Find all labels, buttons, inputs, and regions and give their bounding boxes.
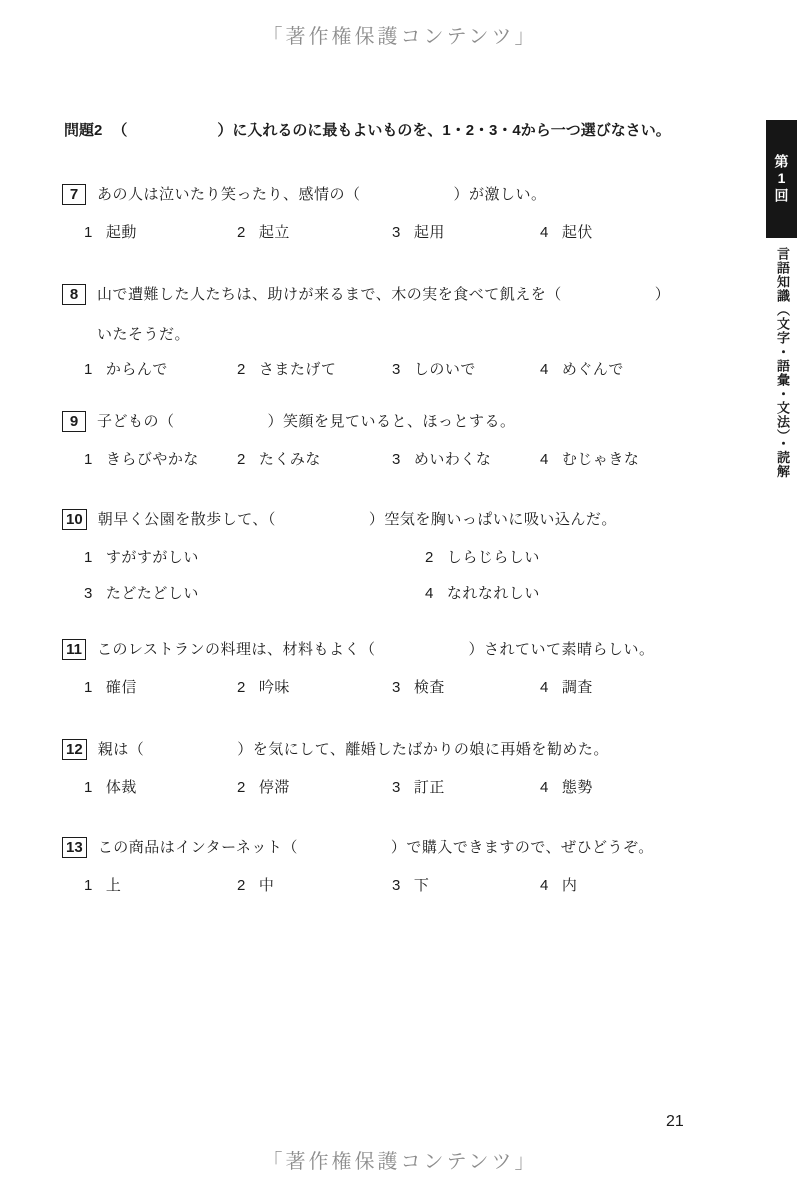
exam-page: 「著作権保護コンテンツ」 問題2（ ）に入れるのに最もよいものを、1・2・3・4… bbox=[0, 0, 800, 1194]
question-12-stem: 親は（ ）を気にして、離婚したばかりの娘に再婚を勧めた。 bbox=[98, 739, 609, 762]
question-9-options: 1きらびやかな 2たくみな 3めいわくな 4むじゃきな bbox=[84, 448, 727, 469]
instruction-line: 問題2（ ）に入れるのに最もよいものを、1・2・3・4から一つ選びなさい。 bbox=[64, 119, 671, 140]
question-13-options: 1上 2中 3下 4内 bbox=[84, 874, 727, 895]
option-7-3: 3起用 bbox=[392, 221, 540, 242]
option-10-4: 4なれなれしい bbox=[425, 582, 727, 603]
instruction-label: 問題2 bbox=[64, 122, 102, 139]
question-10-number-box: 10 bbox=[62, 509, 87, 530]
option-12-1: 1体裁 bbox=[84, 776, 237, 797]
question-13: 13 この商品はインターネット（ ）で購入できますので、ぜひどうぞ。 1上 2中… bbox=[62, 837, 727, 895]
option-11-1: 1確信 bbox=[84, 676, 237, 697]
question-8-head: 8 山で遭難した人たちは、助けが来るまで、木の実を食べて飢えを（ ） bbox=[62, 284, 727, 307]
section-round-tab: 第1回 bbox=[766, 120, 797, 238]
option-9-4: 4むじゃきな bbox=[540, 448, 727, 469]
question-7-options: 1起動 2起立 3起用 4起伏 bbox=[84, 221, 727, 242]
option-7-2: 2起立 bbox=[237, 221, 392, 242]
question-7-head: 7 あの人は泣いたり笑ったり、感情の（ ）が激しい。 bbox=[62, 184, 727, 207]
option-8-3: 3しのいで bbox=[392, 358, 540, 379]
option-8-2: 2さまたげて bbox=[237, 358, 392, 379]
question-12-options: 1体裁 2停滞 3訂正 4態勢 bbox=[84, 776, 727, 797]
question-11-head: 11 このレストランの料理は、材料もよく（ ）されていて素晴らしい。 bbox=[62, 639, 727, 662]
option-13-3: 3下 bbox=[392, 874, 540, 895]
question-9-number-box: 9 bbox=[62, 411, 86, 432]
question-12-number-box: 12 bbox=[62, 739, 87, 760]
question-7-stem: あの人は泣いたり笑ったり、感情の（ ）が激しい。 bbox=[97, 184, 547, 207]
section-title-vertical: 言語知識（文字・語彙・文法）・読解 bbox=[773, 247, 792, 479]
option-9-3: 3めいわくな bbox=[392, 448, 540, 469]
question-11-number-box: 11 bbox=[62, 639, 86, 660]
option-11-4: 4調査 bbox=[540, 676, 727, 697]
question-10-options: 1すがすがしい 2しらじらしい 3たどたどしい 4なれなれしい bbox=[84, 546, 727, 603]
copyright-watermark-bottom: 「著作権保護コンテンツ」 bbox=[0, 1145, 800, 1174]
question-11: 11 このレストランの料理は、材料もよく（ ）されていて素晴らしい。 1確信 2… bbox=[62, 639, 727, 697]
option-13-1: 1上 bbox=[84, 874, 237, 895]
option-13-4: 4内 bbox=[540, 874, 727, 895]
option-7-4: 4起伏 bbox=[540, 221, 727, 242]
option-10-2: 2しらじらしい bbox=[425, 546, 727, 567]
question-10-head: 10 朝早く公園を散歩して、（ ）空気を胸いっぱいに吸い込んだ。 bbox=[62, 509, 727, 532]
question-8-options: 1からんで 2さまたげて 3しのいで 4めぐんで bbox=[84, 358, 727, 379]
option-8-1: 1からんで bbox=[84, 358, 237, 379]
question-11-stem: このレストランの料理は、材料もよく（ ）されていて素晴らしい。 bbox=[97, 639, 655, 662]
question-8-number-box: 8 bbox=[62, 284, 86, 305]
option-10-1: 1すがすがしい bbox=[84, 546, 425, 567]
option-11-3: 3検査 bbox=[392, 676, 540, 697]
question-8: 8 山で遭難した人たちは、助けが来るまで、木の実を食べて飢えを（ ） いたそうだ… bbox=[62, 284, 727, 379]
option-13-2: 2中 bbox=[237, 874, 392, 895]
question-10: 10 朝早く公園を散歩して、（ ）空気を胸いっぱいに吸い込んだ。 1すがすがしい… bbox=[62, 509, 727, 603]
question-9-stem: 子どもの（ ）笑顔を見ていると、ほっとする。 bbox=[97, 411, 516, 434]
option-12-4: 4態勢 bbox=[540, 776, 727, 797]
instruction-text: （ ）に入れるのに最もよいものを、1・2・3・4から一つ選びなさい。 bbox=[112, 122, 670, 139]
option-9-1: 1きらびやかな bbox=[84, 448, 237, 469]
question-11-options: 1確信 2吟味 3検査 4調査 bbox=[84, 676, 727, 697]
question-9: 9 子どもの（ ）笑顔を見ていると、ほっとする。 1きらびやかな 2たくみな 3… bbox=[62, 411, 727, 469]
question-10-stem: 朝早く公園を散歩して、（ ）空気を胸いっぱいに吸い込んだ。 bbox=[98, 509, 617, 532]
question-8-stem-continuation: いたそうだ。 bbox=[97, 323, 727, 344]
option-9-2: 2たくみな bbox=[237, 448, 392, 469]
copyright-watermark-top: 「著作権保護コンテンツ」 bbox=[0, 20, 800, 49]
option-10-3: 3たどたどしい bbox=[84, 582, 425, 603]
question-7-number-box: 7 bbox=[62, 184, 86, 205]
option-8-4: 4めぐんで bbox=[540, 358, 727, 379]
page-number: 21 bbox=[666, 1113, 684, 1131]
question-9-head: 9 子どもの（ ）笑顔を見ていると、ほっとする。 bbox=[62, 411, 727, 434]
question-7: 7 あの人は泣いたり笑ったり、感情の（ ）が激しい。 1起動 2起立 3起用 4… bbox=[62, 184, 727, 242]
question-13-stem: この商品はインターネット（ ）で購入できますので、ぜひどうぞ。 bbox=[98, 837, 654, 860]
option-12-2: 2停滞 bbox=[237, 776, 392, 797]
question-12-head: 12 親は（ ）を気にして、離婚したばかりの娘に再婚を勧めた。 bbox=[62, 739, 727, 762]
question-12: 12 親は（ ）を気にして、離婚したばかりの娘に再婚を勧めた。 1体裁 2停滞 … bbox=[62, 739, 727, 797]
option-7-1: 1起動 bbox=[84, 221, 237, 242]
question-8-stem: 山で遭難した人たちは、助けが来るまで、木の実を食べて飢えを（ ） bbox=[97, 284, 670, 307]
question-13-head: 13 この商品はインターネット（ ）で購入できますので、ぜひどうぞ。 bbox=[62, 837, 727, 860]
question-13-number-box: 13 bbox=[62, 837, 87, 858]
option-11-2: 2吟味 bbox=[237, 676, 392, 697]
option-12-3: 3訂正 bbox=[392, 776, 540, 797]
